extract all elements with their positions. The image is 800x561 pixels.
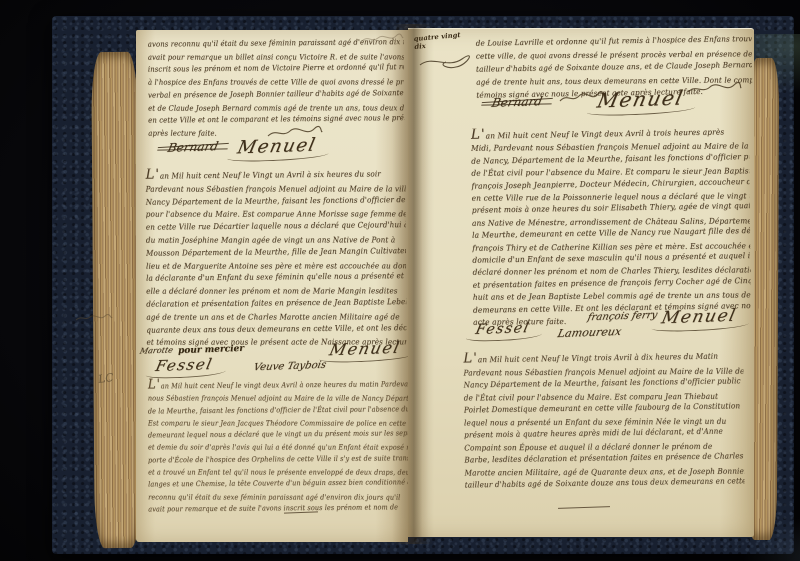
signature-marotte: Marotte [139, 345, 174, 355]
signature-paraph-flourish [686, 81, 742, 97]
signature-lamoureux: Lamoureux [556, 325, 622, 340]
manuscript-line: Nancy Département de la Meurthe, faisant… [146, 194, 385, 209]
manuscript-line: L'an Mil huit cent Neuf le Vingt trois A… [463, 350, 721, 367]
right-page: quatre vingt dix de Louise Lavrille et o… [408, 28, 754, 537]
signature-fessel: Fessel [154, 355, 215, 375]
margin-note-flourish [418, 53, 470, 71]
manuscript-line: Nancy Département de la Meurthe, faisant… [464, 376, 722, 392]
signature-bernard: Bernard [490, 94, 543, 110]
act-birth-record-thiery-text: L'an Mil huit cent Neuf le Vingt deux Av… [471, 125, 751, 329]
manuscript-line: inscrit sous les prénom et nom de Victoi… [148, 62, 379, 77]
signature-veuve-taybois: Veuve Taybois [253, 360, 328, 373]
signature-menuel: Menuel [328, 338, 403, 359]
act-foundling-record-text: L'an Mil huit cent Neuf le vingt deux Av… [148, 378, 410, 516]
manuscript-line: en cette Ville et ont le comparant et le… [148, 113, 379, 128]
manuscript-line: verbal en présence de Joseph Bonnier tai… [148, 87, 379, 102]
manuscript-line: Mousson Département de la Meurthe, fille… [146, 245, 385, 260]
manuscript-line: de la Meurthe, faisant les fonctions d'o… [148, 403, 379, 417]
signature-menuel: Menuel [660, 306, 739, 329]
signature-menuel: Menuel [595, 86, 686, 113]
manuscript-line: déclaration et présentation faites en pr… [146, 296, 385, 311]
act-number-margin-note: quatre vingt dix [413, 31, 461, 51]
signature-fessel: Fessel [474, 320, 531, 338]
manuscript-line: tailleur d'habits agé de Soixante douze … [465, 476, 723, 492]
manuscript-line: Barbe, lesdites déclaration et présentat… [464, 451, 722, 467]
end-of-act-dash [558, 506, 610, 509]
margin-mark: LC [97, 371, 114, 386]
signature-bernard: Bernard [166, 139, 219, 155]
manuscript-line: en cette Ville rue Décartier laquelle no… [146, 219, 385, 234]
left-page: avons reconnu qu'il était du sexe fémini… [136, 30, 408, 542]
margin-ink-flourish [74, 312, 114, 324]
manuscript-line: présent mois à quatre heures après midi … [464, 426, 722, 442]
page-stack-left-edge [91, 52, 140, 548]
manuscript-line: quarante deux ans tous deux demeurans en… [146, 322, 385, 337]
manuscript-line: avait pour remarque et de suite l'avons … [148, 501, 379, 515]
manuscript-line: porte d'École de l'hospice des Orphelins… [148, 452, 379, 466]
manuscript-line: L'an Mil huit cent Neuf le vingt deux Av… [148, 378, 379, 393]
signature-menuel: Menuel [235, 135, 318, 159]
act-birth-record-mangin-text: L'an Mil huit cent Neuf le Vingt un Avri… [146, 167, 407, 350]
act-birth-record-thiebaut-text: L'an Mil huit cent Neuf le Vingt trois A… [463, 350, 744, 492]
manuscript-line: demeurant lequel nous a déclaré que le v… [148, 428, 379, 442]
manuscript-line: avons reconnu qu'il était du sexe fémini… [148, 37, 378, 51]
act-continuation-text: avons reconnu qu'il était du sexe fémini… [148, 37, 405, 140]
manuscript-line: la déclarante d'un Enfant du sexe fémini… [146, 271, 385, 286]
manuscript-line: Poirlet Domestique demeurant en cette vi… [464, 401, 722, 417]
photo-of-register-book: avons reconnu qu'il était du sexe fémini… [0, 0, 800, 561]
manuscript-line: langes et une Chemise, la tête Couverte … [148, 477, 379, 491]
manuscript-line: L'an Mil huit cent Neuf le Vingt un Avri… [146, 167, 385, 183]
